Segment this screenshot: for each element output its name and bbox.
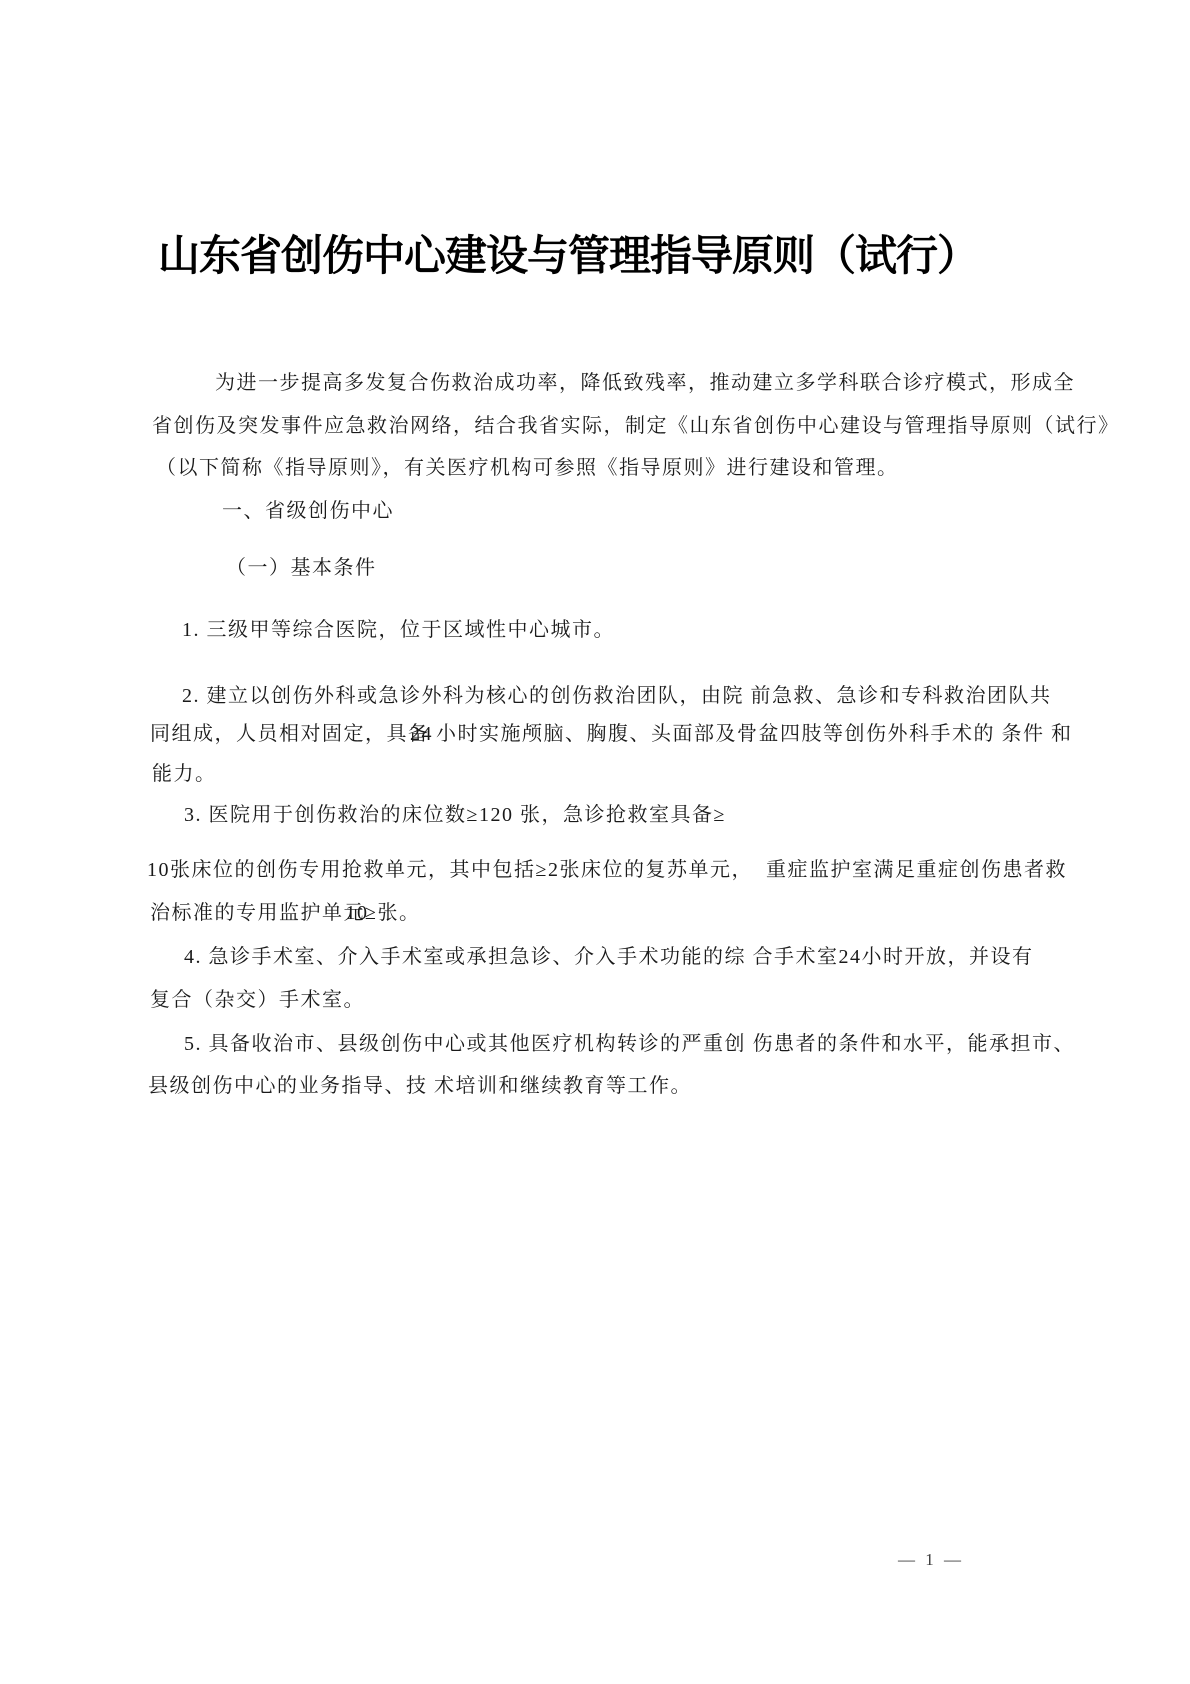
- item2-line-2: 同组成，人员相对固定，具备24 小时实施颅脑、胸腹、头面部及骨盆四肢等创伤外科手…: [150, 721, 1073, 747]
- item4-line-1: 4. 急诊手术室、介入手术室或承担急诊、介入手术功能的综 合手术室24小时开放，…: [184, 944, 1034, 970]
- item3-line-2: 10张床位的创伤专用抢救单元，其中包括≥2张床位的复苏单元， 重症监护室满足重症…: [147, 857, 1067, 883]
- page-number: — 1 —: [898, 1550, 964, 1570]
- item3-line-3: 治标准的专用监护单元≥10张。: [150, 900, 420, 926]
- item1-line: 1. 三级甲等综合医院，位于区域性中心城市。: [182, 617, 615, 643]
- item3-line3-post: 张。: [377, 902, 420, 924]
- item5-line-1: 5. 具备收治市、县级创伤中心或其他医疗机构转诊的严重创 伤患者的条件和水平，能…: [184, 1031, 1075, 1057]
- overlap-top-glyph: 10: [346, 900, 369, 926]
- item2-line-1: 2. 建立以创伤外科或急诊外科为核心的创伤救治团队，由院 前急救、急诊和专科救治…: [182, 683, 1052, 709]
- section-sub-heading: （一）基本条件: [226, 555, 377, 581]
- item5-line-2: 县级创伤中心的业务指导、技 术培训和继续教育等工作。: [148, 1073, 692, 1099]
- item2-line2-pre: 同组成，人员相对固定，具: [150, 723, 408, 745]
- item4-line-2: 复合（杂交）手术室。: [150, 987, 365, 1013]
- overlap-top-glyph: 24: [410, 721, 433, 747]
- item3-line-1: 3. 医院用于创伤救治的床位数≥120 张，急诊抢救室具备≥: [184, 802, 726, 828]
- document-title: 山东省创伤中心建设与管理指导原则（试行）: [158, 233, 978, 281]
- item2-line2-post: 小时实施颅脑、胸腹、头面部及骨盆四肢等创伤外科手术的 条件 和: [430, 723, 1073, 745]
- overlapped-glyphs-yuan-10: 元≥10: [344, 900, 378, 926]
- intro-line-1: 为进一步提高多发复合伤救治成功率，降低致残率，推动建立多学科联合诊疗模式，形成全: [215, 370, 1075, 396]
- overlapped-glyphs-bei-24: 备24: [408, 721, 430, 747]
- section-heading: 一、省级创伤中心: [222, 498, 394, 524]
- intro-line-2: 省创伤及突发事件应急救治网络，结合我省实际，制定《山东省创伤中心建设与管理指导原…: [152, 413, 1120, 439]
- item3-line3-pre: 治标准的专用监护单: [150, 902, 344, 924]
- document-page: 山东省创伤中心建设与管理指导原则（试行） 为进一步提高多发复合伤救治成功率，降低…: [0, 0, 1190, 1684]
- item2-line-3: 能力。: [152, 761, 217, 787]
- intro-line-3: （以下简称《指导原则》，有关医疗机构可参照《指导原则》进行建设和管理。: [156, 455, 899, 481]
